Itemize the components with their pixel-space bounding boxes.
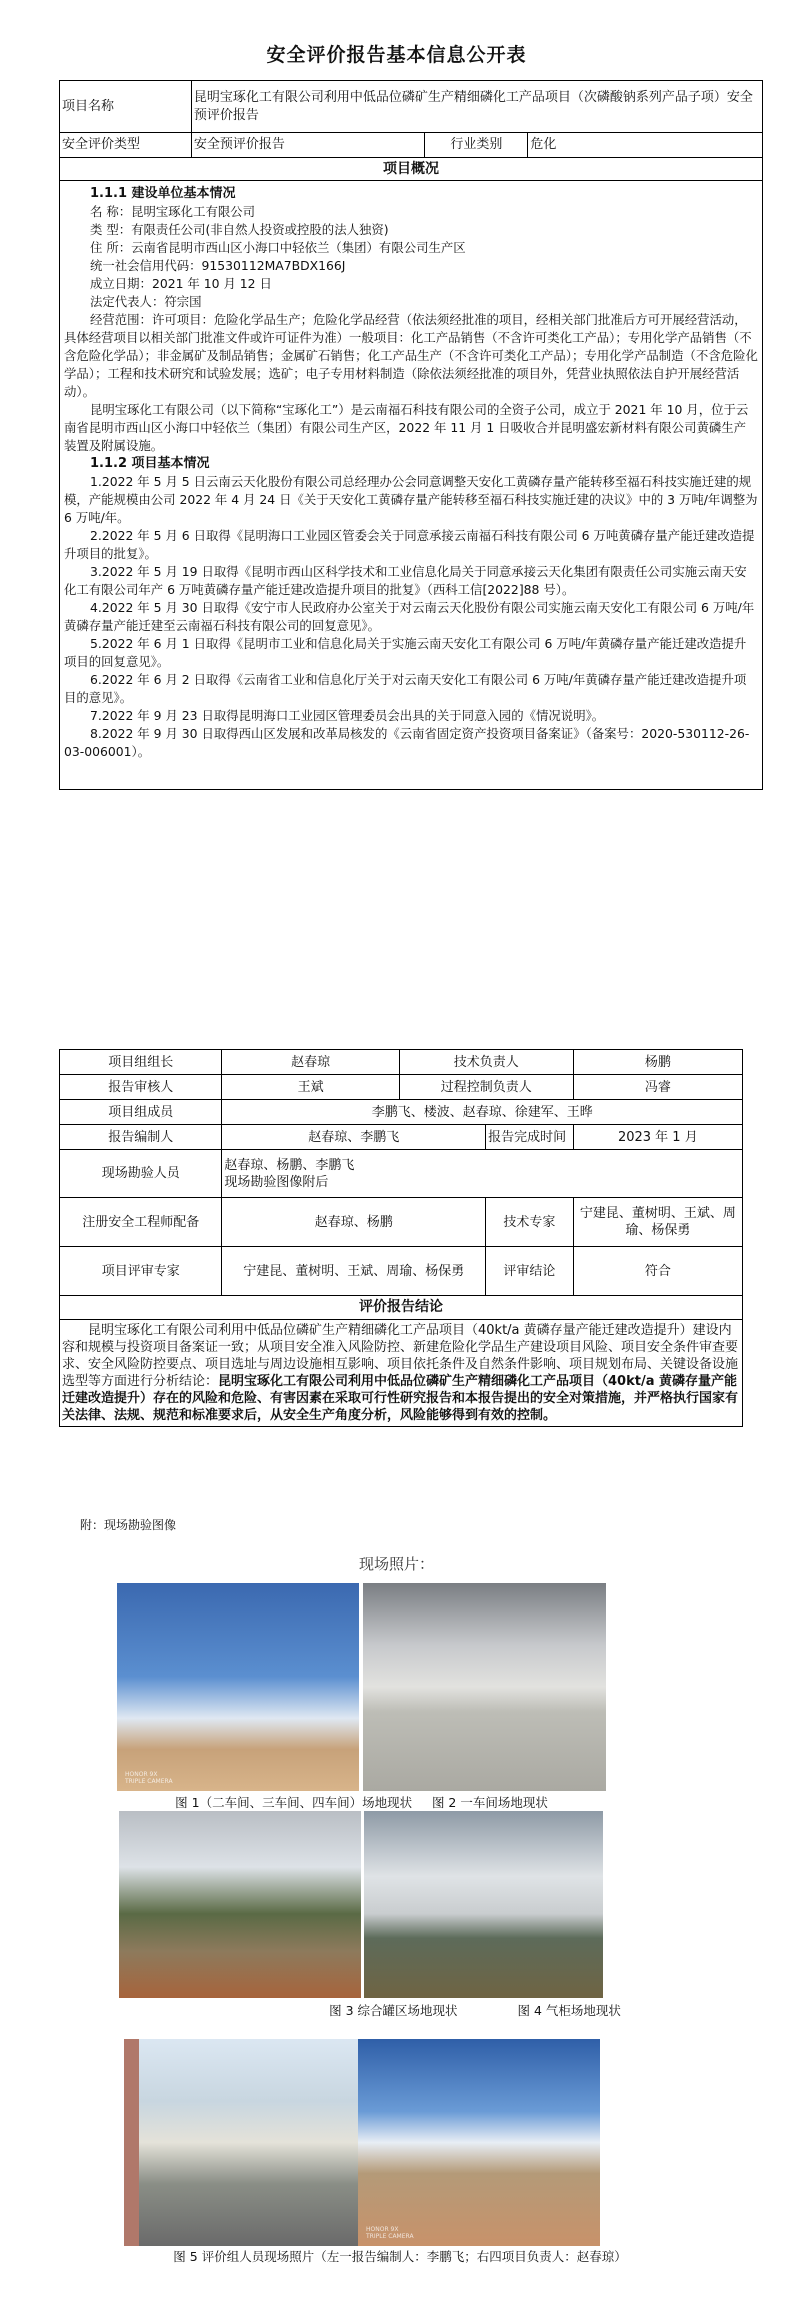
project-item: 3.2022 年 5 月 19 日取得《昆明市西山区科学技术和工业信息化局关于同… (64, 563, 758, 599)
reviewer-label: 报告审核人 (60, 1075, 222, 1100)
review-experts-value: 宁建昆、董树明、王斌、周瑜、杨保勇 (222, 1247, 486, 1296)
business-scope: 经营范围：许可项目：危险化学品生产；危险化学品经营（依法须经批准的项目，经相关部… (64, 311, 758, 401)
process-control-label: 过程控制负责人 (399, 1075, 573, 1100)
survey-label: 现场勘验人员 (60, 1150, 222, 1198)
basic-info-table: 项目名称 昆明宝琢化工有限公司利用中低品位磷矿生产精细磷化工产品项目（次磷酸钠系… (59, 80, 763, 790)
tech-experts-value: 宁建昆、董树明、王斌、周瑜、杨保勇 (573, 1198, 742, 1247)
company-name-line: 名 称：昆明宝琢化工有限公司 (64, 203, 758, 221)
project-item: 5.2022 年 6 月 1 日取得《昆明市工业和信息化局关于实施云南天安化工有… (64, 635, 758, 671)
tech-experts-label: 技术专家 (486, 1198, 574, 1247)
review-experts-label: 项目评审专家 (60, 1247, 222, 1296)
project-item: 2.2022 年 5 月 6 日取得《昆明海口工业园区管委会关于同意承接云南福石… (64, 527, 758, 563)
caption-fig5: 图 5 评价组人员现场照片（左一报告编制人：李鹏飞；右四项目负责人：赵春琼） (110, 2247, 690, 2265)
eval-type-label: 安全评价类型 (60, 133, 192, 158)
founded-date-line: 成立日期：2021 年 10 月 12 日 (64, 275, 758, 293)
appendix-label: 附：现场勘验图像 (80, 1516, 176, 1533)
caption-row-2: 图 3 综合罐区场地现状图 4 气柜场地现状 (110, 2001, 690, 2019)
leader-label: 项目组组长 (60, 1050, 222, 1075)
project-name-value: 昆明宝琢化工有限公司利用中低品位磷矿生产精细磷化工产品项目（次磷酸钠系列产品子项… (191, 81, 762, 133)
members-value: 李鹏飞、楼波、赵春琼、徐建军、王晔 (222, 1100, 743, 1125)
overview-title: 项目概况 (60, 158, 763, 181)
photo-workshop-1 (363, 1583, 606, 1791)
project-item: 6.2022 年 6 月 2 日取得《云南省工业和信息化厅关于对云南天安化工有限… (64, 671, 758, 707)
industry-value: 危化 (528, 133, 763, 158)
caption-fig4: 图 4 气柜场地现状 (518, 2003, 621, 2018)
photo-team-office (124, 2039, 358, 2246)
tech-lead-label: 技术负责人 (399, 1050, 573, 1075)
photo-workshops-2-3-4: HONOR 9XTRIPLE CAMERA (117, 1583, 359, 1791)
page-title: 安全评价报告基本信息公开表 (0, 40, 793, 67)
members-label: 项目组成员 (60, 1100, 222, 1125)
process-control-value: 冯睿 (573, 1075, 742, 1100)
photo-team-site: HONOR 9XTRIPLE CAMERA (358, 2039, 600, 2246)
engineers-label: 注册安全工程师配备 (60, 1198, 222, 1247)
caption-row-1: 图 1（二车间、三车间、四车间）场地现状 图 2 一车间场地现状 (117, 1793, 606, 1811)
survey-members: 赵春琼、杨鹏、李鹏飞 (224, 1157, 740, 1174)
project-item: 8.2022 年 9 月 30 日取得西山区发展和改革局核发的《云南省固定资产投… (64, 725, 758, 761)
author-label: 报告编制人 (60, 1125, 222, 1150)
leader-value: 赵春琼 (222, 1050, 399, 1075)
team-table: 项目组组长 赵春琼 技术负责人 杨鹏 报告审核人 王斌 过程控制负责人 冯睿 项… (59, 1049, 743, 1427)
industry-label: 行业类别 (425, 133, 528, 158)
tech-lead-value: 杨鹏 (573, 1050, 742, 1075)
section-project-title: 1.1.2 项目基本情况 (64, 455, 758, 473)
section-company-title: 1.1.1 建设单位基本情况 (64, 185, 758, 203)
company-intro: 昆明宝琢化工有限公司（以下简称“宝琢化工”）是云南福石科技有限公司的全资子公司，… (64, 401, 758, 455)
camera-watermark: HONOR 9XTRIPLE CAMERA (366, 2226, 414, 2240)
completion-label: 报告完成时间 (486, 1125, 574, 1150)
engineers-value: 赵春琼、杨鹏 (222, 1198, 486, 1247)
project-item: 4.2022 年 5 月 30 日取得《安宁市人民政府办公室关于对云南云天化股份… (64, 599, 758, 635)
review-conclusion-label: 评审结论 (486, 1247, 574, 1296)
overview-content: 1.1.1 建设单位基本情况 名 称：昆明宝琢化工有限公司 类 型：有限责任公司… (60, 181, 763, 790)
project-item: 7.2022 年 9 月 23 日取得昆明海口工业园区管理委员会出具的关于同意入… (64, 707, 758, 725)
eval-type-value: 安全预评价报告 (191, 133, 425, 158)
caption-fig3: 图 3 综合罐区场地现状 (329, 2003, 457, 2018)
conclusion-content: 昆明宝琢化工有限公司利用中低品位磷矿生产精细磷化工产品项目（40kt/a 黄磷存… (60, 1320, 743, 1427)
conclusion-title: 评价报告结论 (60, 1296, 743, 1320)
photo-gas-holder (364, 1811, 603, 1998)
reviewer-value: 王斌 (222, 1075, 399, 1100)
photos-title: 现场照片： (0, 1553, 793, 1574)
company-address-line: 住 所：云南省昆明市西山区小海口中轻依兰（集团）有限公司生产区 (64, 239, 758, 257)
survey-value: 赵春琼、杨鹏、李鹏飞 现场勘验图像附后 (222, 1150, 743, 1198)
project-name-label: 项目名称 (60, 81, 192, 133)
project-item: 1.2022 年 5 月 5 日云南云天化股份有限公司总经理办公会同意调整天安化… (64, 473, 758, 527)
legal-rep-line: 法定代表人：符宗国 (64, 293, 758, 311)
credit-code-line: 统一社会信用代码：91530112MA7BDX166J (64, 257, 758, 275)
camera-watermark: HONOR 9XTRIPLE CAMERA (125, 1771, 173, 1785)
survey-note: 现场勘验图像附后 (224, 1174, 740, 1191)
completion-value: 2023 年 1 月 (573, 1125, 742, 1150)
caption-fig1: 图 1（二车间、三车间、四车间）场地现状 (175, 1795, 412, 1810)
company-type-line: 类 型：有限责任公司(非自然人投资或控股的法人独资) (64, 221, 758, 239)
caption-fig2: 图 2 一车间场地现状 (432, 1795, 548, 1810)
review-conclusion-value: 符合 (573, 1247, 742, 1296)
author-value: 赵春琼、李鹏飞 (222, 1125, 486, 1150)
photo-tank-area (119, 1811, 361, 1998)
